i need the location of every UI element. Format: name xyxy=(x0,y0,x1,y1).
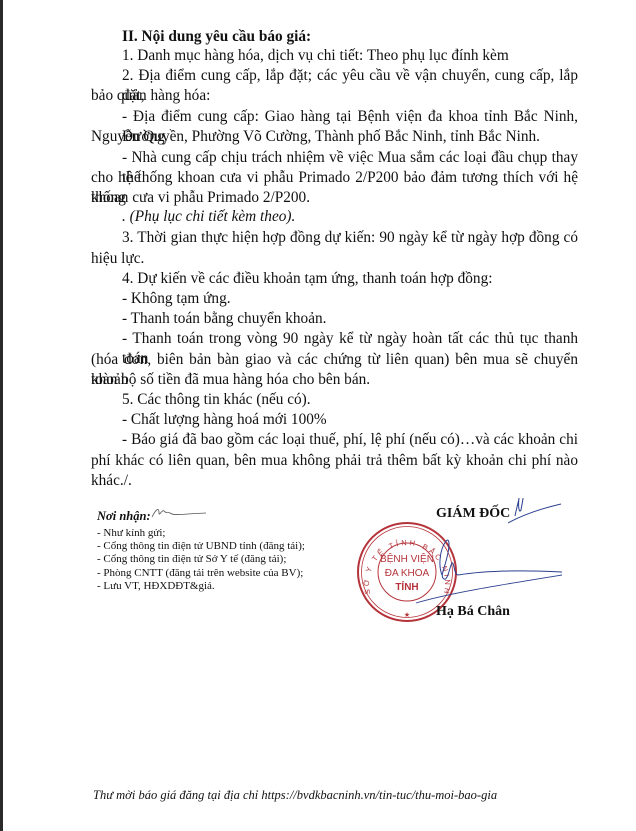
text-line: 5. Các thông tin khác (nếu có). xyxy=(122,390,311,410)
signer-name: Hạ Bá Chân xyxy=(436,604,510,620)
footer-note: Thư mời báo giá đăng tại địa chỉ https:/… xyxy=(93,788,497,803)
text-line: hiệu lực. xyxy=(91,249,144,269)
recipient-item: - Lưu VT, HĐXDĐT&giá. xyxy=(97,580,215,594)
text-line: phí khác có liên quan, bên mua không phả… xyxy=(91,451,578,471)
recipient-item: - Phòng CNTT (đăng tải trên website của … xyxy=(97,567,303,581)
text-line: 3. Thời gian thực hiện hợp đồng dự kiến:… xyxy=(122,228,578,248)
text-line: - Thanh toán bằng chuyển khoản. xyxy=(122,309,326,329)
recipients-title: Nơi nhận: xyxy=(97,510,151,524)
recipient-item: - Như kính gửi; xyxy=(97,527,165,541)
director-signature-icon xyxy=(410,535,570,607)
section-heading: II. Nội dung yêu cầu báo giá: xyxy=(122,27,311,47)
initial-signature-icon xyxy=(505,496,565,526)
text-line: - Chất lượng hàng hoá mới 100% xyxy=(122,410,327,430)
text-line: toàn bộ số tiền đã mua hàng hóa cho bên … xyxy=(91,370,370,390)
text-line: 1. Danh mục hàng hóa, dịch vụ chi tiết: … xyxy=(122,46,509,66)
initials-scribble-icon xyxy=(150,505,208,523)
text-line: - Không tạm ứng. xyxy=(122,289,231,309)
recipient-item: - Cổng thông tin điện tử Sở Y tế (đăng t… xyxy=(97,553,286,567)
text-line: 4. Dự kiến về các điều khoản tạm ứng, th… xyxy=(122,269,492,289)
text-line: khác./. xyxy=(91,471,132,491)
appendix-note: . (Phụ lục chi tiết kèm theo). xyxy=(122,207,295,227)
text-line: bảo quản hàng hóa: xyxy=(91,86,210,106)
svg-text:★: ★ xyxy=(404,611,410,619)
text-line: khoan cưa vi phẫu Primado 2/P200. xyxy=(91,188,310,208)
recipient-item: - Cổng thông tin điện tử UBND tỉnh (đăng… xyxy=(97,540,305,554)
text-line: - Báo giá đã bao gồm các loại thuế, phí,… xyxy=(122,430,578,450)
text-line: Nguyễn Quyền, Phường Võ Cường, Thành phố… xyxy=(91,127,540,147)
page-left-border xyxy=(0,0,3,831)
